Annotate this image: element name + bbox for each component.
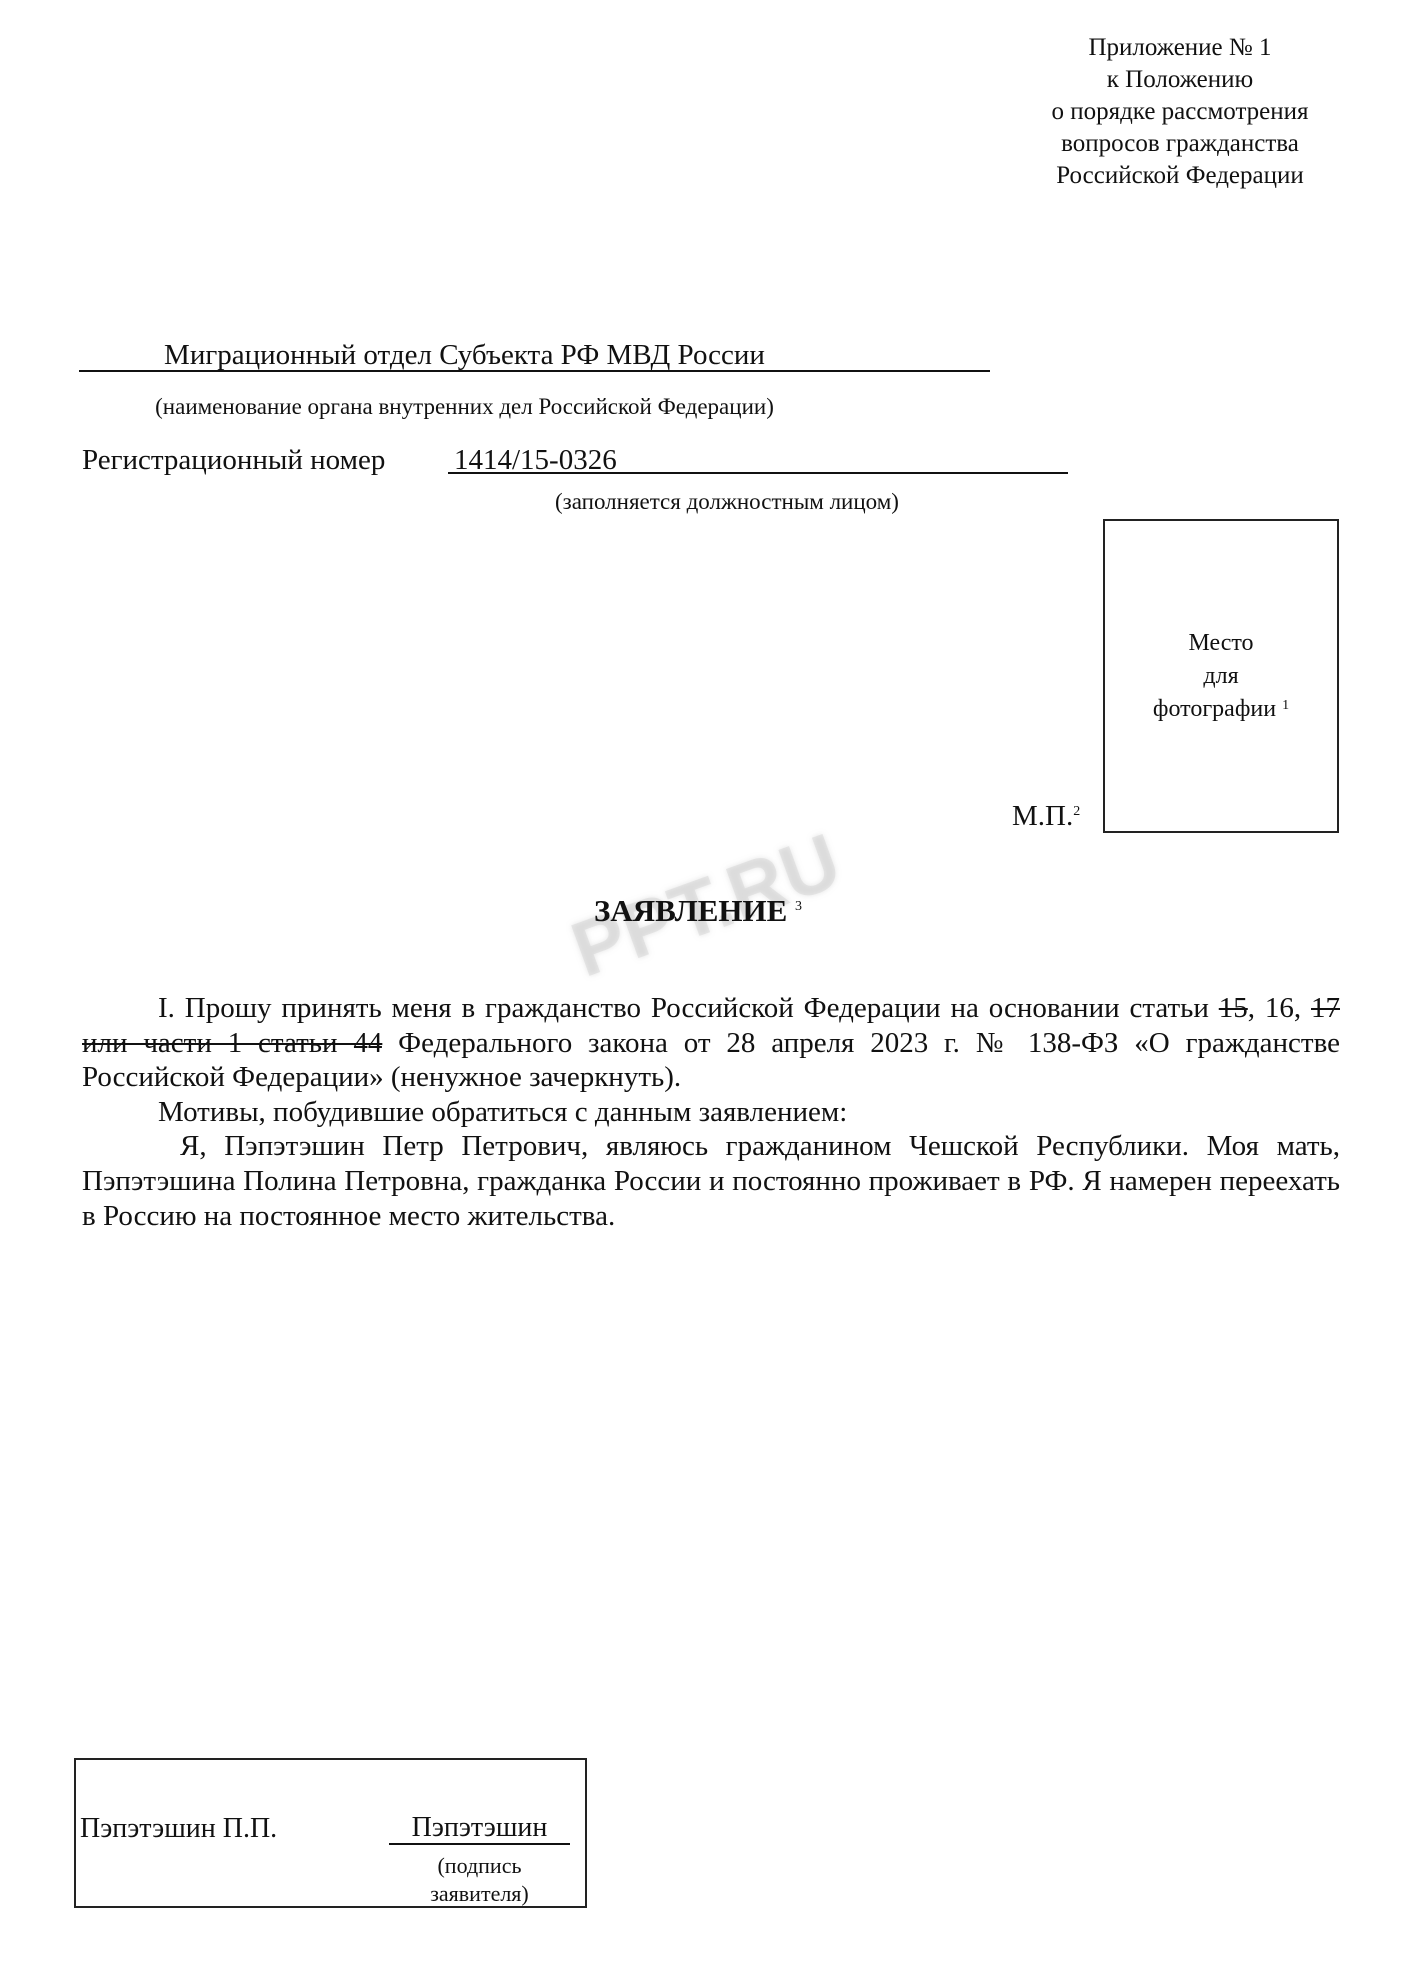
- struck-option: 15: [1219, 992, 1248, 1024]
- request-text: , 16,: [1248, 992, 1311, 1024]
- signature-field[interactable]: Пэпэтэшин: [389, 1812, 570, 1845]
- agency-caption: (наименование органа внутренних дел Росс…: [79, 394, 990, 420]
- agency-value: Миграционный отдел Субъекта РФ МВД Росси…: [164, 339, 765, 371]
- registration-number-field[interactable]: 1414/15-0326: [448, 444, 1068, 474]
- request-text: I. Прошу принять меня в гражданство Росс…: [158, 992, 1219, 1024]
- request-paragraph: I. Прошу принять меня в гражданство Росс…: [82, 991, 1340, 1095]
- photo-text-line: Место: [1153, 627, 1289, 660]
- motives-field[interactable]: Я, Пэпэтэшин Петр Петрович, являюсь граж…: [82, 1129, 1340, 1233]
- registration-caption: (заполняется должностным лицом): [555, 489, 899, 515]
- document-title-text: ЗАЯВЛЕНИЕ: [594, 893, 787, 928]
- photo-placeholder-text: Место для фотографии 1: [1153, 627, 1289, 726]
- appendix-line: Российской Федерации: [1030, 160, 1330, 192]
- signature-caption-line: заявителя): [389, 1880, 570, 1908]
- signature-caption-line: (подпись: [389, 1852, 570, 1880]
- appendix-header: Приложение № 1 к Положению о порядке рас…: [1030, 32, 1330, 192]
- photo-text-line: для: [1153, 660, 1289, 693]
- agency-field[interactable]: Миграционный отдел Субъекта РФ МВД Росси…: [79, 340, 990, 372]
- registration-label: Регистрационный номер: [82, 444, 385, 476]
- registration-number-value: 1414/15-0326: [454, 444, 617, 476]
- footnote-mark: 3: [795, 899, 802, 914]
- agency-caption-text: (наименование органа внутренних дел Росс…: [155, 394, 774, 419]
- footnote-mark: 1: [1282, 698, 1289, 713]
- document-title: ЗАЯВЛЕНИЕ 3: [0, 894, 1416, 928]
- photo-placeholder: Место для фотографии 1: [1103, 519, 1339, 833]
- signature-caption: (подпись заявителя): [389, 1852, 570, 1908]
- photo-text-line: фотографии: [1153, 696, 1276, 722]
- stamp-place-label: М.П.2: [1012, 800, 1080, 832]
- application-body: I. Прошу принять меня в гражданство Росс…: [82, 991, 1340, 1233]
- stamp-label-text: М.П.: [1012, 800, 1073, 832]
- appendix-line: о порядке рассмотрения: [1030, 96, 1330, 128]
- signature-value: Пэпэтэшин: [412, 1812, 548, 1843]
- applicant-name: Пэпэтэшин П.П.: [80, 1814, 277, 1844]
- motives-label: Мотивы, побудившие обратиться с данным з…: [82, 1095, 1340, 1130]
- signature-block: Пэпэтэшин П.П. Пэпэтэшин (подпись заявит…: [74, 1758, 587, 1908]
- appendix-line: вопросов гражданства: [1030, 128, 1330, 160]
- appendix-line: к Положению: [1030, 64, 1330, 96]
- appendix-line: Приложение № 1: [1030, 32, 1330, 64]
- footnote-mark: 2: [1073, 804, 1080, 819]
